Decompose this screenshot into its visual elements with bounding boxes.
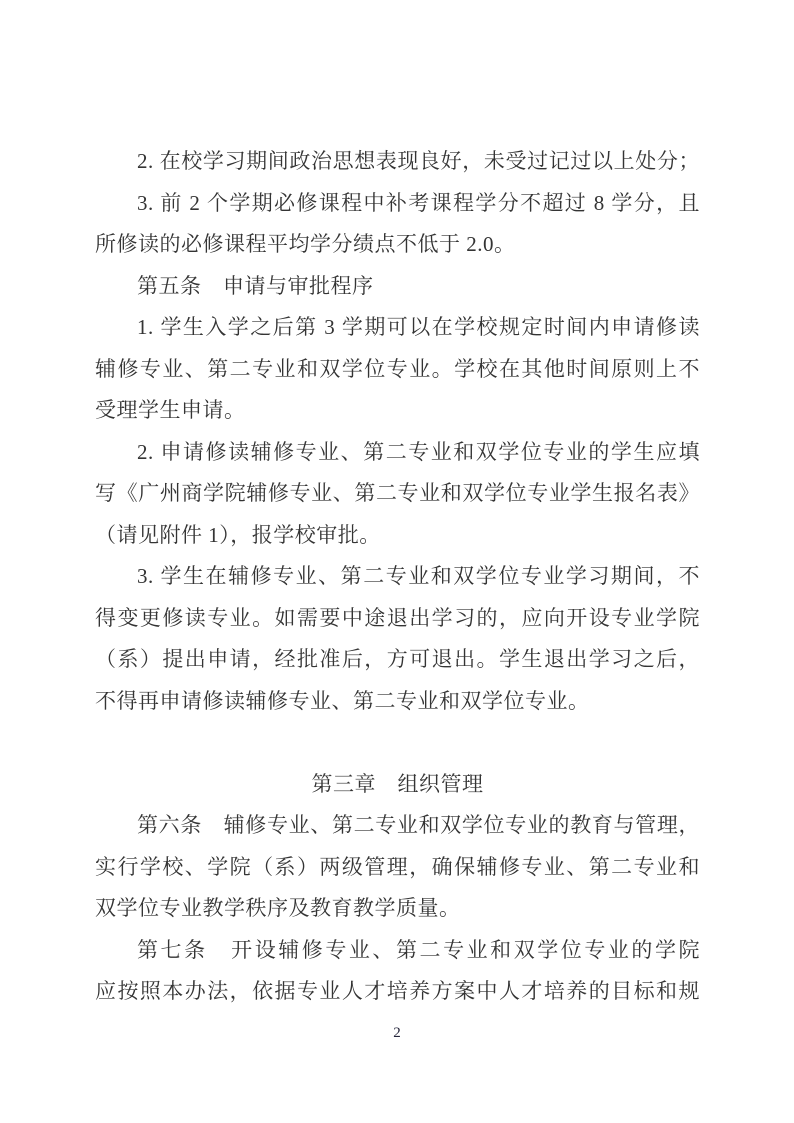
text-line: 应按照本办法，依据专业人才培养方案中人才培养的目标和规 [95, 971, 700, 1013]
text-line: 受理学生申请。 [95, 390, 700, 432]
text-line: 第六条 辅修专业、第二专业和双学位专业的教育与管理， [95, 805, 700, 847]
text-line: 第三章 组织管理 [95, 764, 700, 806]
text-line: 写《广州商学院辅修专业、第二专业和双学位专业学生报名表》 [95, 473, 700, 515]
text-line: 不得再申请修读辅修专业、第二专业和双学位专业。 [95, 681, 700, 723]
text-line: 辅修专业、第二专业和双学位专业。学校在其他时间原则上不 [95, 349, 700, 391]
document-page: 2. 在校学习期间政治思想表现良好，未受过记过以上处分；3. 前 2 个学期必修… [0, 0, 794, 1123]
text-line: 3. 前 2 个学期必修课程中补考课程学分不超过 8 学分，且 [95, 183, 700, 225]
text-line: 得变更修读专业。如需要中途退出学习的，应向开设专业学院 [95, 598, 700, 640]
text-line: 第五条 申请与审批程序 [95, 266, 700, 308]
text-line: （系）提出申请，经批准后，方可退出。学生退出学习之后， [95, 639, 700, 681]
page-number: 2 [0, 1022, 794, 1044]
text-line: 所修读的必修课程平均学分绩点不低于 2.0。 [95, 224, 700, 266]
text-line: 2. 申请修读辅修专业、第二专业和双学位专业的学生应填 [95, 432, 700, 474]
text-line: 1. 学生入学之后第 3 学期可以在学校规定时间内申请修读 [95, 307, 700, 349]
text-line: 2. 在校学习期间政治思想表现良好，未受过记过以上处分； [95, 141, 700, 183]
document-body: 2. 在校学习期间政治思想表现良好，未受过记过以上处分；3. 前 2 个学期必修… [95, 141, 700, 1013]
text-line: 实行学校、学院（系）两级管理，确保辅修专业、第二专业和 [95, 847, 700, 889]
text-line: （请见附件 1），报学校审批。 [95, 515, 700, 557]
text-line: 双学位专业教学秩序及教育教学质量。 [95, 888, 700, 930]
blank-line [95, 722, 700, 764]
text-line: 3. 学生在辅修专业、第二专业和双学位专业学习期间，不 [95, 556, 700, 598]
text-line: 第七条 开设辅修专业、第二专业和双学位专业的学院（系） [95, 930, 700, 972]
